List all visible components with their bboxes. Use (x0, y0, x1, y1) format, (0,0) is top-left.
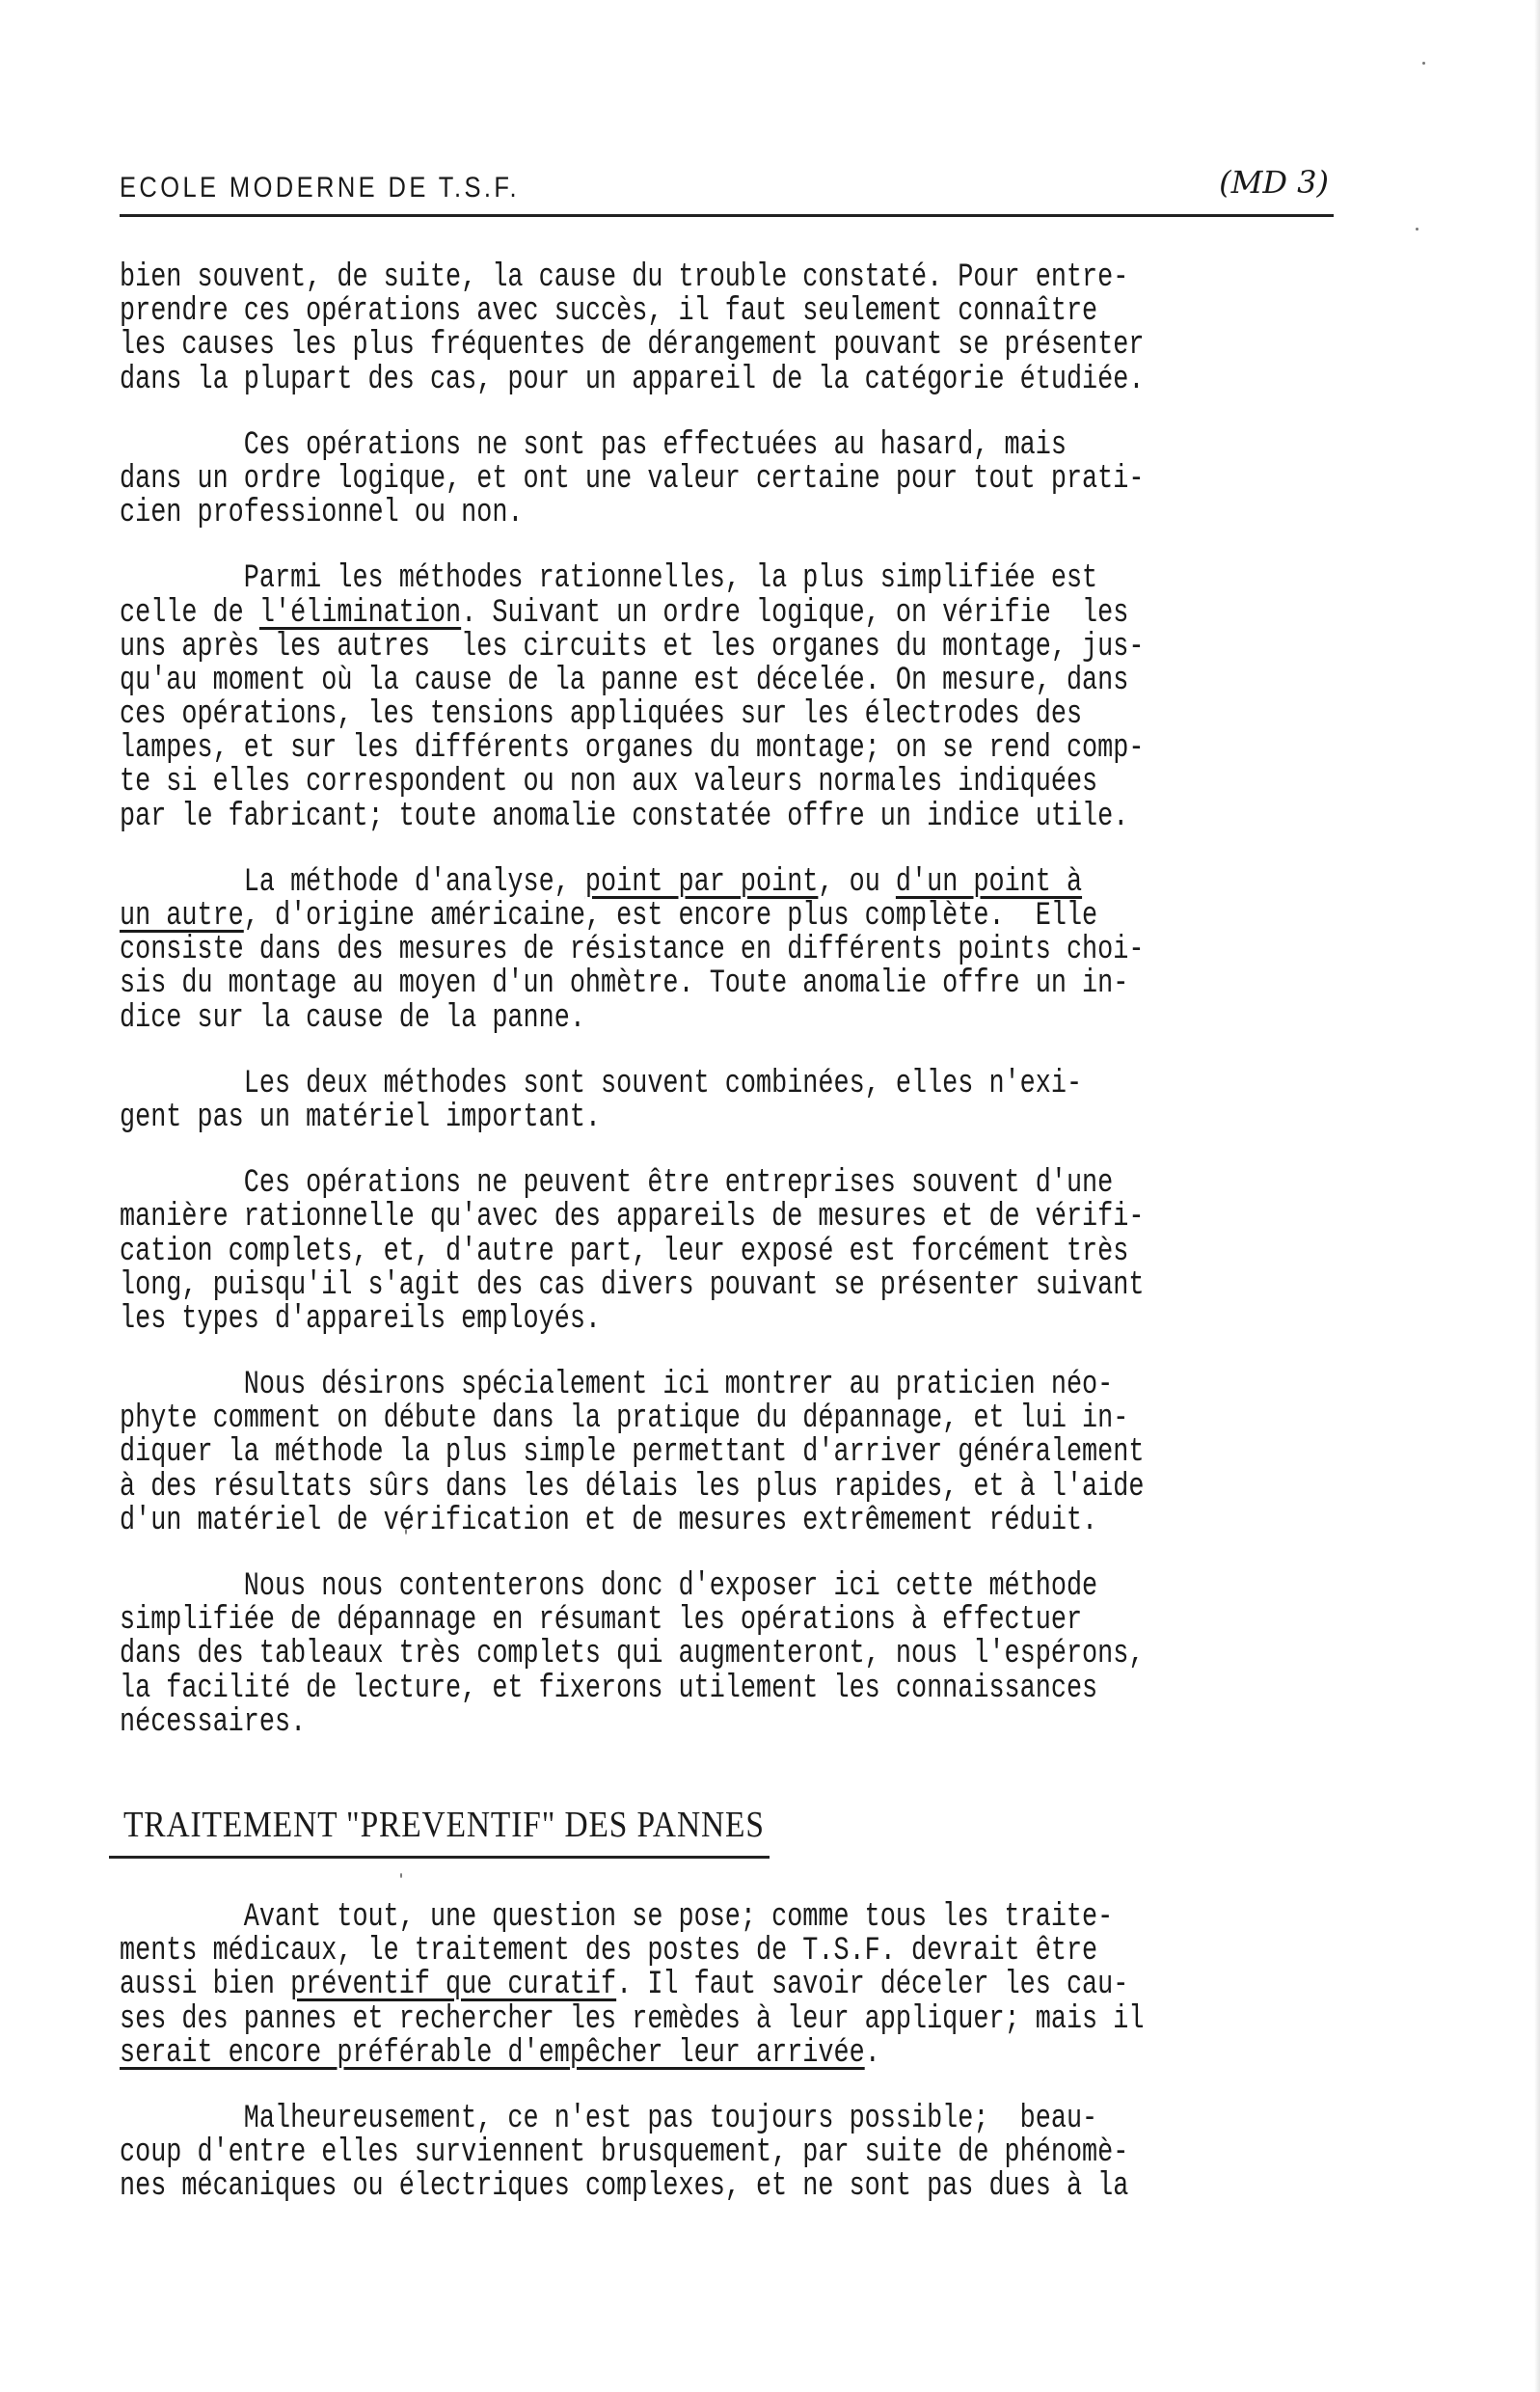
text-line: uns après les autres les circuits et les… (120, 630, 1097, 664)
underlined-emphasis: point par point (585, 863, 818, 901)
paragraph: Avant tout, une question se pose; comme … (120, 1900, 1373, 2070)
text-line: diquer la méthode la plus simple permett… (120, 1435, 1097, 1469)
paper-speck (1422, 62, 1425, 65)
text-line: qu'au moment où la cause de la panne est… (120, 664, 1097, 697)
text-segment: aussi bien (120, 1966, 290, 2003)
paragraph: Ces opérations ne sont pas effectuées au… (120, 428, 1373, 530)
text-line: Parmi les méthodes rationnelles, la plus… (120, 561, 1097, 595)
school-title: ECOLE MODERNE DE T.S.F. (120, 172, 520, 204)
text-line: les causes les plus fréquentes de dérang… (120, 328, 1097, 362)
underlined-emphasis: l'élimination (259, 594, 461, 632)
paragraph-gap (120, 1537, 1373, 1569)
paragraph-gap (120, 1134, 1373, 1166)
text-segment: . Suivant un ordre logique, on vérifie l… (461, 594, 1128, 632)
text-line: Avant tout, une question se pose; comme … (120, 1900, 1097, 1934)
text-line: dans des tableaux très complets qui augm… (120, 1637, 1097, 1671)
text-line: à des résultats sûrs dans les délais les… (120, 1470, 1097, 1504)
underlined-emphasis: serait encore préférable d'empêcher leur… (120, 2034, 865, 2072)
paper-speck (1416, 228, 1418, 231)
text-line: dans la plupart des cas, pour un apparei… (120, 363, 1097, 396)
text-line: Malheureusement, ce n'est pas toujours p… (120, 2102, 1097, 2135)
text-line: nes mécaniques ou électriques complexes,… (120, 2169, 1097, 2203)
paragraph-gap (120, 2070, 1373, 2102)
text-line: les types d'appareils employés. (120, 1302, 1097, 1336)
paper-speck (400, 1873, 402, 1878)
underlined-emphasis: un autre (120, 897, 244, 935)
text-segment: . (865, 2034, 880, 2072)
section-heading-underline (109, 1856, 770, 1859)
paragraph: Parmi les méthodes rationnelles, la plus… (120, 561, 1373, 833)
underlined-emphasis: préventif que curatif (290, 1966, 616, 2003)
section-body-text: Avant tout, une question se pose; comme … (120, 1900, 1373, 2204)
text-line: par le fabricant; toute anomalie constat… (120, 800, 1097, 833)
paper-speck (405, 1529, 407, 1535)
text-segment: celle de (120, 594, 259, 632)
paragraph: La méthode d'analyse, point par point, o… (120, 865, 1373, 1035)
text-line: bien souvent, de suite, la cause du trou… (120, 260, 1097, 294)
text-line: dans un ordre logique, et ont une valeur… (120, 462, 1097, 496)
page-reference: (MD 3) (1219, 164, 1329, 201)
paragraph-gap (120, 530, 1373, 561)
text-line: dice sur la cause de la panne. (120, 1001, 1097, 1035)
paragraph: Nous désirons spécialement ici montrer a… (120, 1368, 1373, 1537)
text-line: la facilité de lecture, et fixerons util… (120, 1672, 1097, 1705)
text-line: celle de l'élimination. Suivant un ordre… (120, 596, 1097, 630)
text-line: Ces opérations ne sont pas effectuées au… (120, 428, 1097, 462)
text-line: Nous nous contenterons donc d'exposer ic… (120, 1569, 1097, 1603)
text-line: La méthode d'analyse, point par point, o… (120, 865, 1097, 899)
page-edge-shadow (1534, 0, 1540, 2392)
text-line: nécessaires. (120, 1705, 1097, 1739)
text-line: Nous désirons spécialement ici montrer a… (120, 1368, 1097, 1401)
text-line: un autre, d'origine américaine, est enco… (120, 899, 1097, 933)
text-line: Ces opérations ne peuvent être entrepris… (120, 1166, 1097, 1200)
text-line: aussi bien préventif que curatif. Il fau… (120, 1968, 1097, 2001)
text-line: Les deux méthodes sont souvent combinées… (120, 1067, 1097, 1101)
text-line: simplifiée de dépannage en résumant les … (120, 1603, 1097, 1637)
text-segment: La méthode d'analyse, (120, 863, 585, 901)
text-line: sis du montage au moyen d'un ohmètre. To… (120, 966, 1097, 1000)
text-line: cation complets, et, d'autre part, leur … (120, 1235, 1097, 1268)
paragraph: bien souvent, de suite, la cause du trou… (120, 260, 1373, 396)
page-header: ECOLE MODERNE DE T.S.F. (MD 3) (120, 164, 1335, 222)
paragraph-gap (120, 833, 1373, 865)
text-line: gent pas un matériel important. (120, 1101, 1097, 1134)
text-line: consiste dans des mesures de résistance … (120, 933, 1097, 966)
paragraph: Les deux méthodes sont souvent combinées… (120, 1067, 1373, 1134)
paragraph: Nous nous contenterons donc d'exposer ic… (120, 1569, 1373, 1739)
text-line: ses des pannes et rechercher les remèdes… (120, 2002, 1097, 2036)
text-segment: , d'origine américaine, est encore plus … (244, 897, 1097, 935)
text-line: phyte comment on débute dans la pratique… (120, 1401, 1097, 1435)
text-line: lampes, et sur les différents organes du… (120, 731, 1097, 765)
text-line: d'un matériel de vérification et de mesu… (120, 1504, 1097, 1537)
header-rule (120, 214, 1334, 217)
paragraph: Ces opérations ne peuvent être entrepris… (120, 1166, 1373, 1336)
body-text: bien souvent, de suite, la cause du trou… (120, 260, 1373, 1739)
text-line: serait encore préférable d'empêcher leur… (120, 2036, 1097, 2070)
text-line: ments médicaux, le traitement des postes… (120, 1934, 1097, 1968)
text-line: prendre ces opérations avec succès, il f… (120, 294, 1097, 328)
text-line: cien professionnel ou non. (120, 496, 1097, 530)
paragraph-gap (120, 396, 1373, 428)
text-segment: . Il faut savoir déceler les cau- (616, 1966, 1128, 2003)
text-line: long, puisqu'il s'agit des cas divers po… (120, 1268, 1097, 1302)
text-line: coup d'entre elles surviennent brusqueme… (120, 2135, 1097, 2169)
paragraph-gap (120, 1336, 1373, 1368)
text-line: manière rationnelle qu'avec des appareil… (120, 1200, 1097, 1234)
paragraph: Malheureusement, ce n'est pas toujours p… (120, 2102, 1373, 2204)
text-line: te si elles correspondent ou non aux val… (120, 765, 1097, 799)
text-segment: , ou (818, 863, 895, 901)
underlined-emphasis: d'un point à (896, 863, 1082, 901)
text-line: ces opérations, les tensions appliquées … (120, 697, 1097, 731)
section-heading: TRAITEMENT "PREVENTIF" DES PANNES (123, 1804, 765, 1846)
paragraph-gap (120, 1035, 1373, 1067)
